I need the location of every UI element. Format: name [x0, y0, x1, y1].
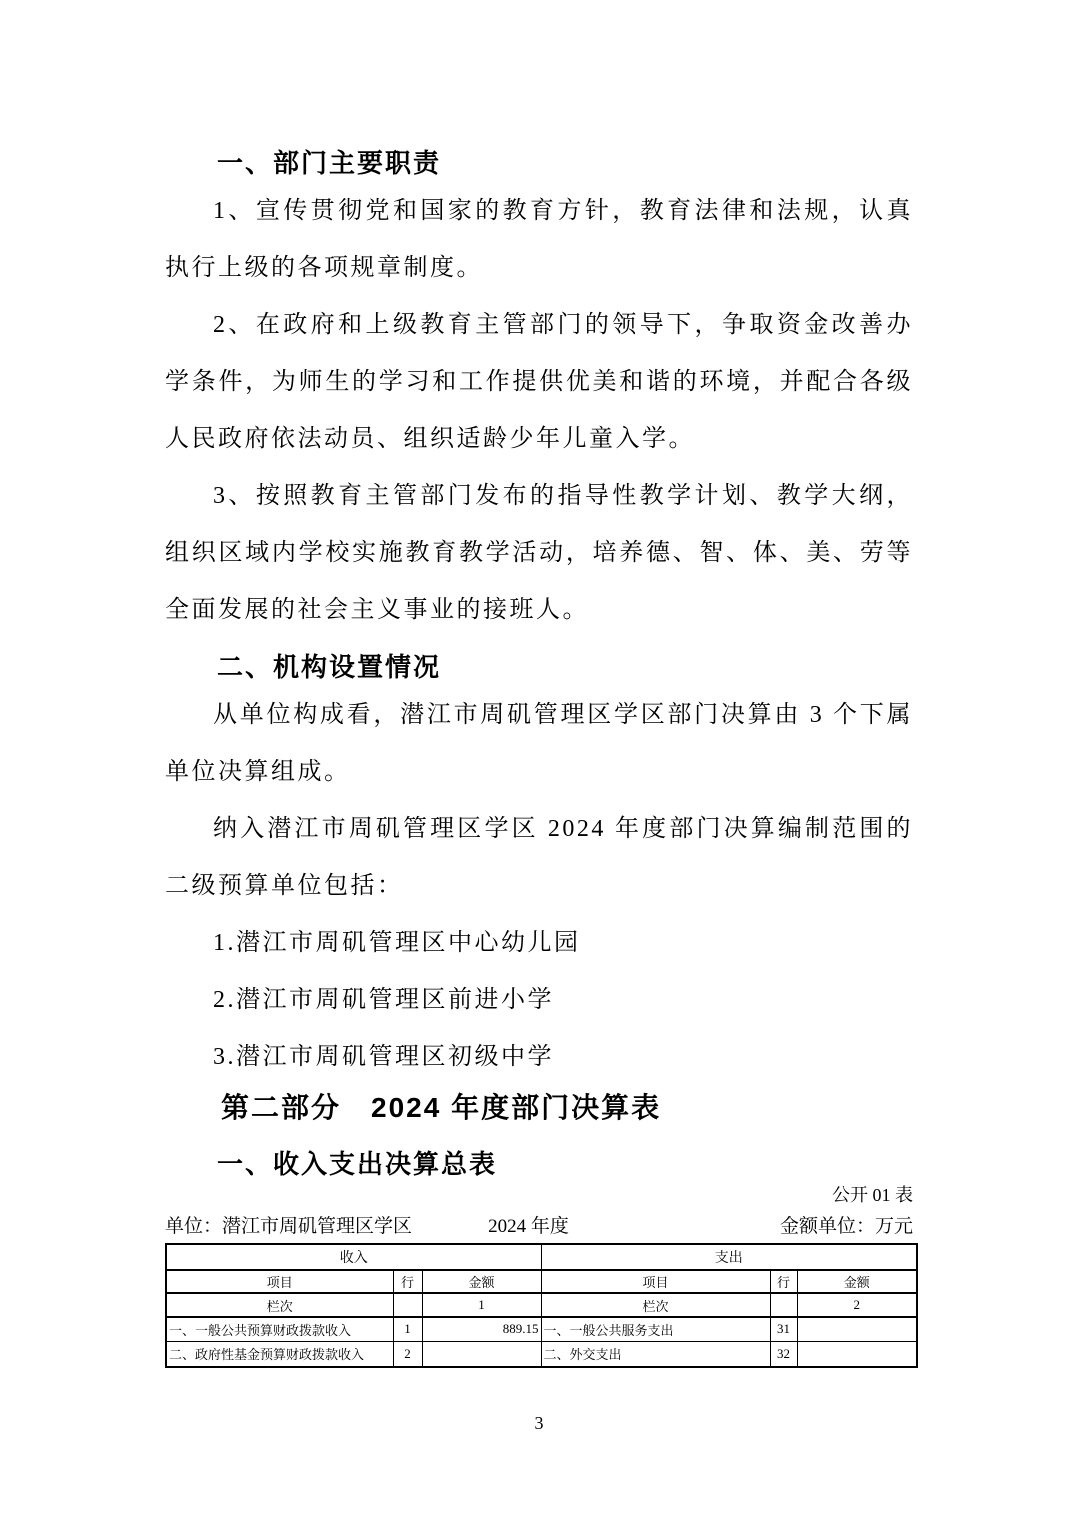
paragraph-org-1: 从单位构成看，潜江市周矶管理区学区部门决算由 3 个下属单位决算组成。	[165, 687, 913, 801]
table-group-header-row: 收入 支出	[166, 1244, 917, 1270]
expense-item: 一、一般公共服务支出	[541, 1317, 770, 1341]
paragraph-duty-3: 3、按照教育主管部门发布的指导性教学计划、教学大纲，组织区域内学校实施教育教学活…	[165, 468, 913, 639]
income-lane-line-blank	[393, 1293, 422, 1317]
org-unit-1: 1.潜江市周矶管理区中心幼儿园	[165, 915, 913, 972]
heading-summary-table: 一、收入支出决算总表	[165, 1144, 913, 1184]
table-year-label: 2024 年度	[488, 1216, 569, 1238]
income-group-header: 收入	[166, 1244, 541, 1270]
table-column-header-row: 项目 行 金额 项目 行 金额	[166, 1270, 917, 1293]
expense-lane-number: 2	[797, 1293, 917, 1317]
heading-part2: 第二部分 2024 年度部门决算表	[165, 1086, 913, 1130]
heading-duties: 一、部门主要职责	[165, 143, 913, 183]
income-lane-label: 栏次	[166, 1293, 393, 1317]
expense-item: 二、外交支出	[541, 1341, 770, 1367]
income-line-no: 2	[393, 1341, 422, 1367]
income-lane-number: 1	[422, 1293, 541, 1317]
expense-group-header: 支出	[541, 1244, 917, 1270]
expense-lane-line-blank	[770, 1293, 797, 1317]
expense-amount	[797, 1317, 917, 1341]
paragraph-duty-2: 2、在政府和上级教育主管部门的领导下，争取资金改善办学条件，为师生的学习和工作提…	[165, 297, 913, 468]
income-line-no: 1	[393, 1317, 422, 1341]
org-unit-3: 3.潜江市周矶管理区初级中学	[165, 1029, 913, 1086]
table-amount-unit-label: 金额单位：万元	[780, 1216, 913, 1238]
table-lane-row: 栏次 1 栏次 2	[166, 1293, 917, 1317]
income-amount	[422, 1341, 541, 1367]
table-meta-row: 单位：潜江市周矶管理区学区 2024 年度 金额单位：万元	[165, 1216, 913, 1238]
income-col-line: 行	[393, 1270, 422, 1293]
table-row: 二、政府性基金预算财政拨款收入 2 二、外交支出 32	[166, 1341, 917, 1367]
table-row: 一、一般公共预算财政拨款收入 1 889.15 一、一般公共服务支出 31	[166, 1317, 917, 1341]
expense-col-line: 行	[770, 1270, 797, 1293]
page-content: 一、部门主要职责 1、宣传贯彻党和国家的教育方针，教育法律和法规，认真执行上级的…	[165, 0, 913, 1434]
income-item: 一、一般公共预算财政拨款收入	[166, 1317, 393, 1341]
page-number: 3	[165, 1412, 913, 1434]
expense-line-no: 31	[770, 1317, 797, 1341]
org-unit-2: 2.潜江市周矶管理区前进小学	[165, 972, 913, 1029]
heading-organization: 二、机构设置情况	[165, 647, 913, 687]
income-col-item: 项目	[166, 1270, 393, 1293]
income-col-amount: 金额	[422, 1270, 541, 1293]
public-table-label: 公开 01 表	[165, 1184, 913, 1206]
table-unit-label: 单位：潜江市周矶管理区学区	[165, 1216, 412, 1238]
income-amount: 889.15	[422, 1317, 541, 1341]
document-page: 一、部门主要职责 1、宣传贯彻党和国家的教育方针，教育法律和法规，认真执行上级的…	[0, 0, 1074, 1520]
expense-lane-label: 栏次	[541, 1293, 770, 1317]
expense-col-item: 项目	[541, 1270, 770, 1293]
expense-amount	[797, 1341, 917, 1367]
expense-col-amount: 金额	[797, 1270, 917, 1293]
paragraph-duty-1: 1、宣传贯彻党和国家的教育方针，教育法律和法规，认真执行上级的各项规章制度。	[165, 183, 913, 297]
income-expense-summary-table: 收入 支出 项目 行 金额 项目 行 金额 栏次 1 栏次 2	[165, 1243, 918, 1368]
expense-line-no: 32	[770, 1341, 797, 1367]
paragraph-org-2: 纳入潜江市周矶管理区学区 2024 年度部门决算编制范围的二级预算单位包括：	[165, 801, 913, 915]
income-item: 二、政府性基金预算财政拨款收入	[166, 1341, 393, 1367]
